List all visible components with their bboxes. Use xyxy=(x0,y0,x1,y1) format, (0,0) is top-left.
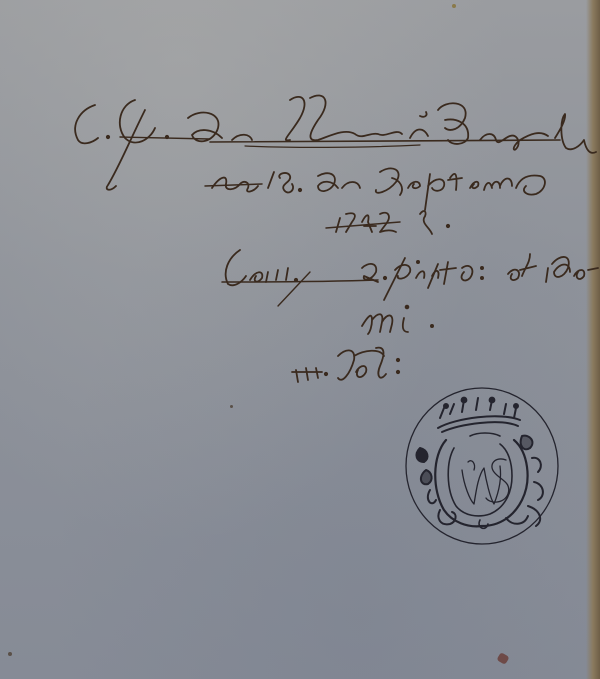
inscription-line-3 xyxy=(326,211,449,234)
inscription-line-2 xyxy=(205,168,545,210)
paper-speck xyxy=(230,405,233,408)
handwriting-layer xyxy=(0,0,600,679)
inscription-line-1 xyxy=(75,95,596,189)
armorial-stamp xyxy=(406,388,558,544)
paper-speck xyxy=(452,4,456,8)
monogram xyxy=(462,459,509,504)
crown-icon xyxy=(438,398,520,432)
inscription-line-6 xyxy=(292,348,399,382)
cartouche xyxy=(435,433,528,528)
inscription-line-5 xyxy=(362,306,433,334)
inscription-line-4 xyxy=(222,250,598,306)
paper-speck xyxy=(8,652,12,656)
